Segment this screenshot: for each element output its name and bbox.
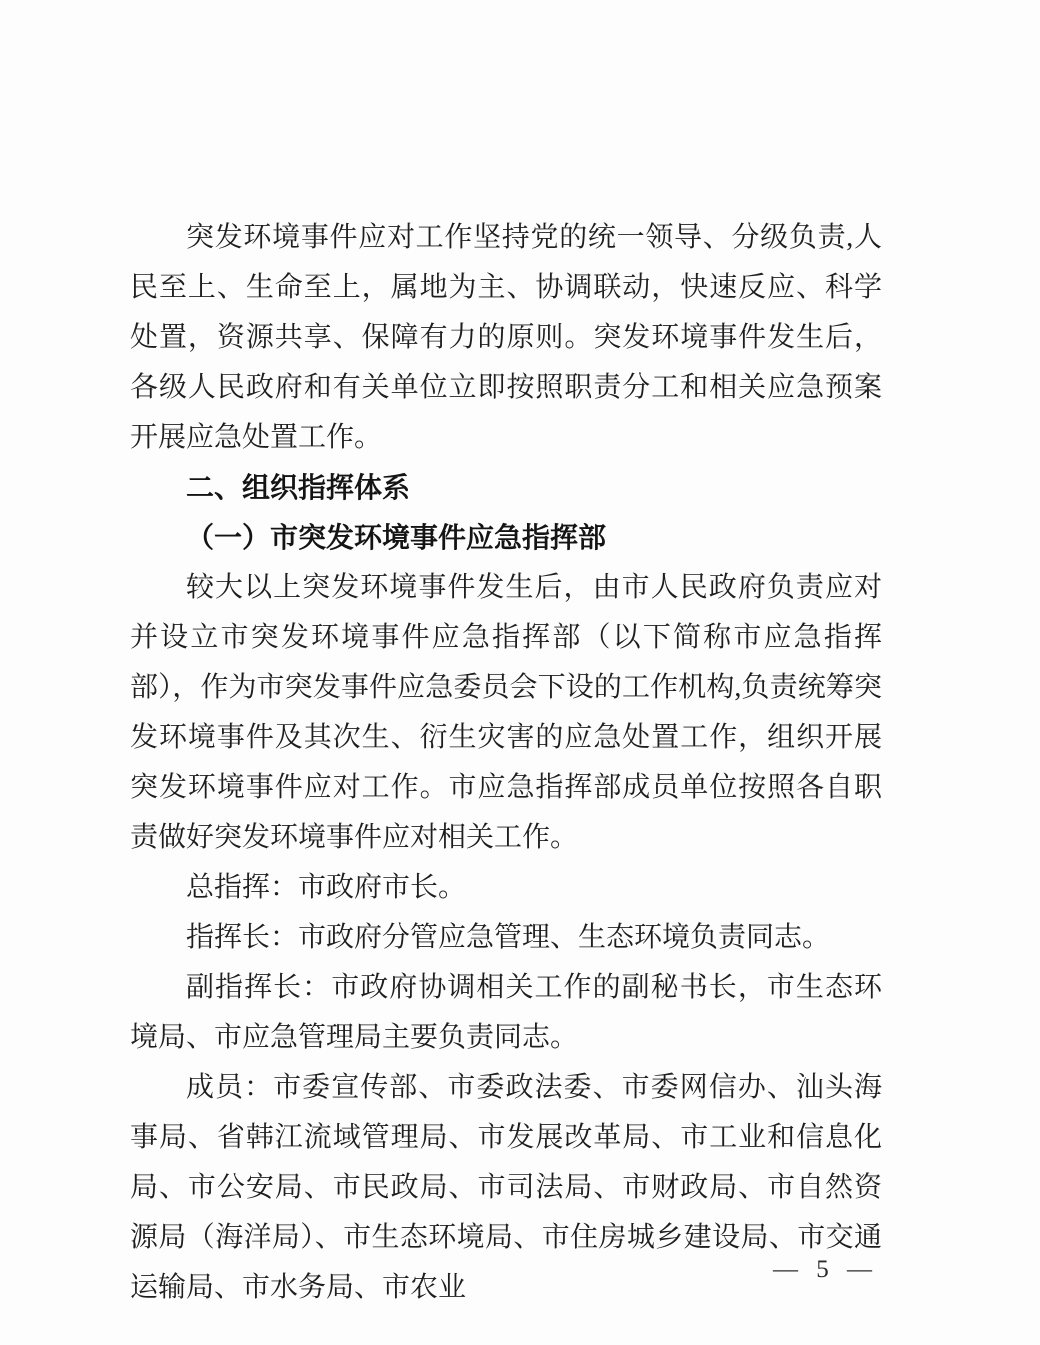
line-deputy-chief: 副指挥长：市政府协调相关工作的副秘书长，市生态环境局、市应急管理局主要负责同志。: [130, 963, 882, 1063]
page-number: — 5 —: [773, 1252, 878, 1288]
document-body: 突发环境事件应对工作坚持党的统一领导、分级负责,人民至上、生命至上，属地为主、协…: [130, 213, 882, 1313]
paragraph-intro: 突发环境事件应对工作坚持党的统一领导、分级负责,人民至上、生命至上，属地为主、协…: [130, 213, 882, 463]
line-commander-chief: 指挥长：市政府分管应急管理、生态环境负责同志。: [130, 913, 882, 963]
heading-subsection-1: （一）市突发环境事件应急指挥部: [130, 513, 882, 563]
paragraph-command-post: 较大以上突发环境事件发生后，由市人民政府负责应对并设立市突发环境事件应急指挥部（…: [130, 563, 882, 863]
document-page: 突发环境事件应对工作坚持党的统一领导、分级负责,人民至上、生命至上，属地为主、协…: [0, 0, 1040, 1345]
heading-section-2: 二、组织指挥体系: [130, 463, 882, 513]
line-members: 成员：市委宣传部、市委政法委、市委网信办、汕头海事局、省韩江流域管理局、市发展改…: [130, 1063, 882, 1313]
line-commander-general: 总指挥：市政府市长。: [130, 863, 882, 913]
